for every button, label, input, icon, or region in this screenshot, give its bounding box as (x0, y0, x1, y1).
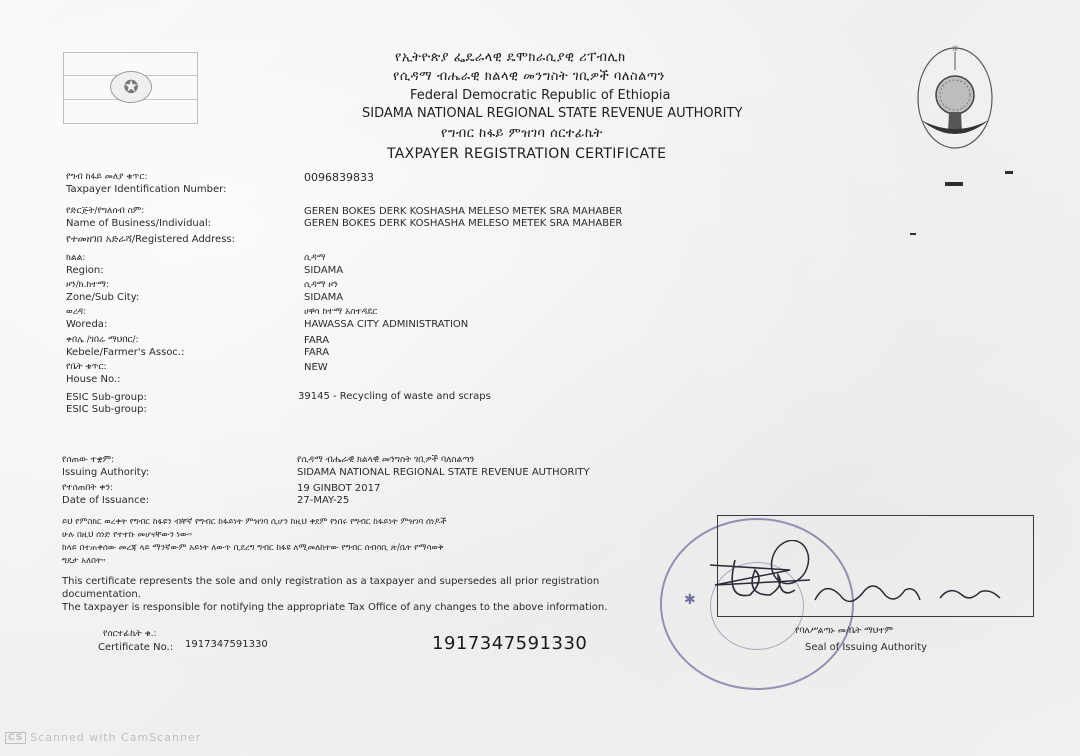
name-value-amharic-line: GEREN BOKES DERK KOSHASHA MELESO METEK S… (304, 206, 622, 218)
zone-value: SIDAMA (304, 292, 343, 304)
region-value: SIDAMA (304, 265, 343, 277)
notice-english-1: This certificate represents the sole and… (62, 575, 599, 588)
name-label-amharic: የድርጅት/የግለሰብ ስም: (66, 206, 144, 216)
ethiopian-flag-emblem: ✪ (63, 52, 198, 124)
issuing-label: Issuing Authority: (62, 467, 149, 479)
camscanner-text: Scanned with CamScanner (30, 731, 201, 744)
kebele-label: Kebele/Farmer's Assoc.: (66, 347, 184, 359)
notice-amharic-2: ሁሉ በዚህ ሰነድ የተተኩ መሆናቸውን ነው። (62, 530, 192, 540)
certificate-number: 1917347591330 (185, 639, 268, 651)
camscanner-logo-icon: CS (5, 732, 26, 744)
scan-mark (1005, 171, 1013, 174)
header-amharic-title: የግብር ከፋይ ምዝገባ ሰርተፊኬት (441, 126, 603, 141)
header-authority: SIDAMA NATIONAL REGIONAL STATE REVENUE A… (362, 106, 742, 121)
esic-label-1: ESIC Sub-group: (66, 392, 147, 404)
notice-amharic-4: ግዴታ አለበት። (62, 556, 106, 566)
esic-label-2: ESIC Sub-group: (66, 404, 147, 416)
zone-value-amharic: ሲዳማ ዞን (304, 280, 338, 290)
region-value-amharic: ሲዳማ (304, 253, 325, 263)
seal-label: Seal of Issuing Authority (805, 642, 927, 654)
zone-label-amharic: ዞን/ክ.ከተማ: (66, 280, 109, 290)
certificate-number-large: 1917347591330 (432, 633, 587, 654)
kebele-value-amharic-line: FARA (304, 335, 329, 347)
tin-value: 0096839833 (304, 172, 374, 184)
house-label-amharic: የቤት ቁጥር: (66, 362, 107, 372)
issuing-label-amharic: የሰጠው ተቋም: (62, 455, 114, 465)
certificate-label: Certificate No.: (98, 642, 173, 654)
header-amharic-authority: የሲዳማ ብሔራዊ ክልላዊ መንግስት ገቢዎች ባለስልጣን (393, 69, 665, 84)
star-emblem-icon: ✪ (110, 71, 152, 103)
house-label: House No.: (66, 374, 121, 386)
notice-amharic-1: ይህ የምስክር ወረቀት የግብር ከፋዩን ብቸኛ የግብር ከፋይነት ም… (62, 517, 447, 527)
notice-english-2: documentation. (62, 588, 141, 601)
sidama-emblem-icon: ✳ (915, 40, 995, 150)
signature-icon (700, 540, 1030, 620)
woreda-label: Woreda: (66, 319, 107, 331)
issuing-value-amharic: የሲዳማ ብሔራዊ ክልላዊ መንግስት ገቢዎች ባለስልጣን (297, 455, 474, 465)
notice-amharic-3: ከላይ በተጠቀሰው መረጃ ላይ ማንኛውም አይነት ለውጥ ቢደረግ ግብ… (62, 543, 444, 553)
scan-mark (910, 233, 916, 235)
header-amharic-country: የኢትዮጵያ ፌዴራላዊ ዴሞክራሲያዊ ሪፐብሊክ (395, 50, 626, 65)
date-value-ethiopian: 19 GINBOT 2017 (297, 483, 380, 495)
esic-value: 39145 - Recycling of waste and scraps (298, 391, 491, 403)
certificate-label-amharic: የሰርተፊኬት ቁ.: (103, 629, 157, 639)
page-title: TAXPAYER REGISTRATION CERTIFICATE (387, 146, 666, 162)
date-value-gregorian: 27-MAY-25 (297, 495, 349, 507)
scan-mark (945, 182, 963, 186)
camscanner-watermark: CS Scanned with CamScanner (5, 731, 201, 744)
name-value: GEREN BOKES DERK KOSHASHA MELESO METEK S… (304, 218, 622, 230)
stamp-star-icon: ✱ (684, 592, 696, 608)
notice-english-3: The taxpayer is responsible for notifyin… (62, 601, 607, 614)
date-label-amharic: የተሰጠበት ቀን: (62, 483, 113, 493)
region-label: Region: (66, 265, 104, 277)
issuing-value: SIDAMA NATIONAL REGIONAL STATE REVENUE A… (297, 467, 590, 479)
tin-label-amharic: የግብ ከፋይ መለያ ቁጥር: (66, 172, 147, 182)
certificate-page: ✪ ✳ የኢትዮጵያ ፌዴራላዊ ዴሞክራሲያዊ ሪፐብሊክ የሲዳማ ብሔራዊ… (0, 0, 1080, 756)
woreda-value-amharic: ሀዋሳ ከተማ አስተዳደር (304, 307, 377, 317)
header-country: Federal Democratic Republic of Ethiopia (410, 88, 670, 103)
region-label-amharic: ክልል: (66, 253, 85, 263)
house-value: NEW (304, 362, 328, 374)
registered-address-label: የተመዘገበ አድራሻ/Registered Address: (66, 234, 235, 246)
woreda-label-amharic: ወረዳ: (66, 307, 86, 317)
date-label: Date of Issuance: (62, 495, 149, 507)
seal-label-amharic: የባለሥልጣኑ መ/ቤት ማህተም (795, 626, 893, 636)
kebele-value: FARA (304, 347, 329, 359)
woreda-value: HAWASSA CITY ADMINISTRATION (304, 319, 468, 331)
kebele-label-amharic: ቀበሌ /ገበሬ ማህበር/: (66, 335, 139, 345)
zone-label: Zone/Sub City: (66, 292, 139, 304)
name-label: Name of Business/Individual: (66, 218, 211, 230)
tin-label: Taxpayer Identification Number: (66, 184, 226, 196)
